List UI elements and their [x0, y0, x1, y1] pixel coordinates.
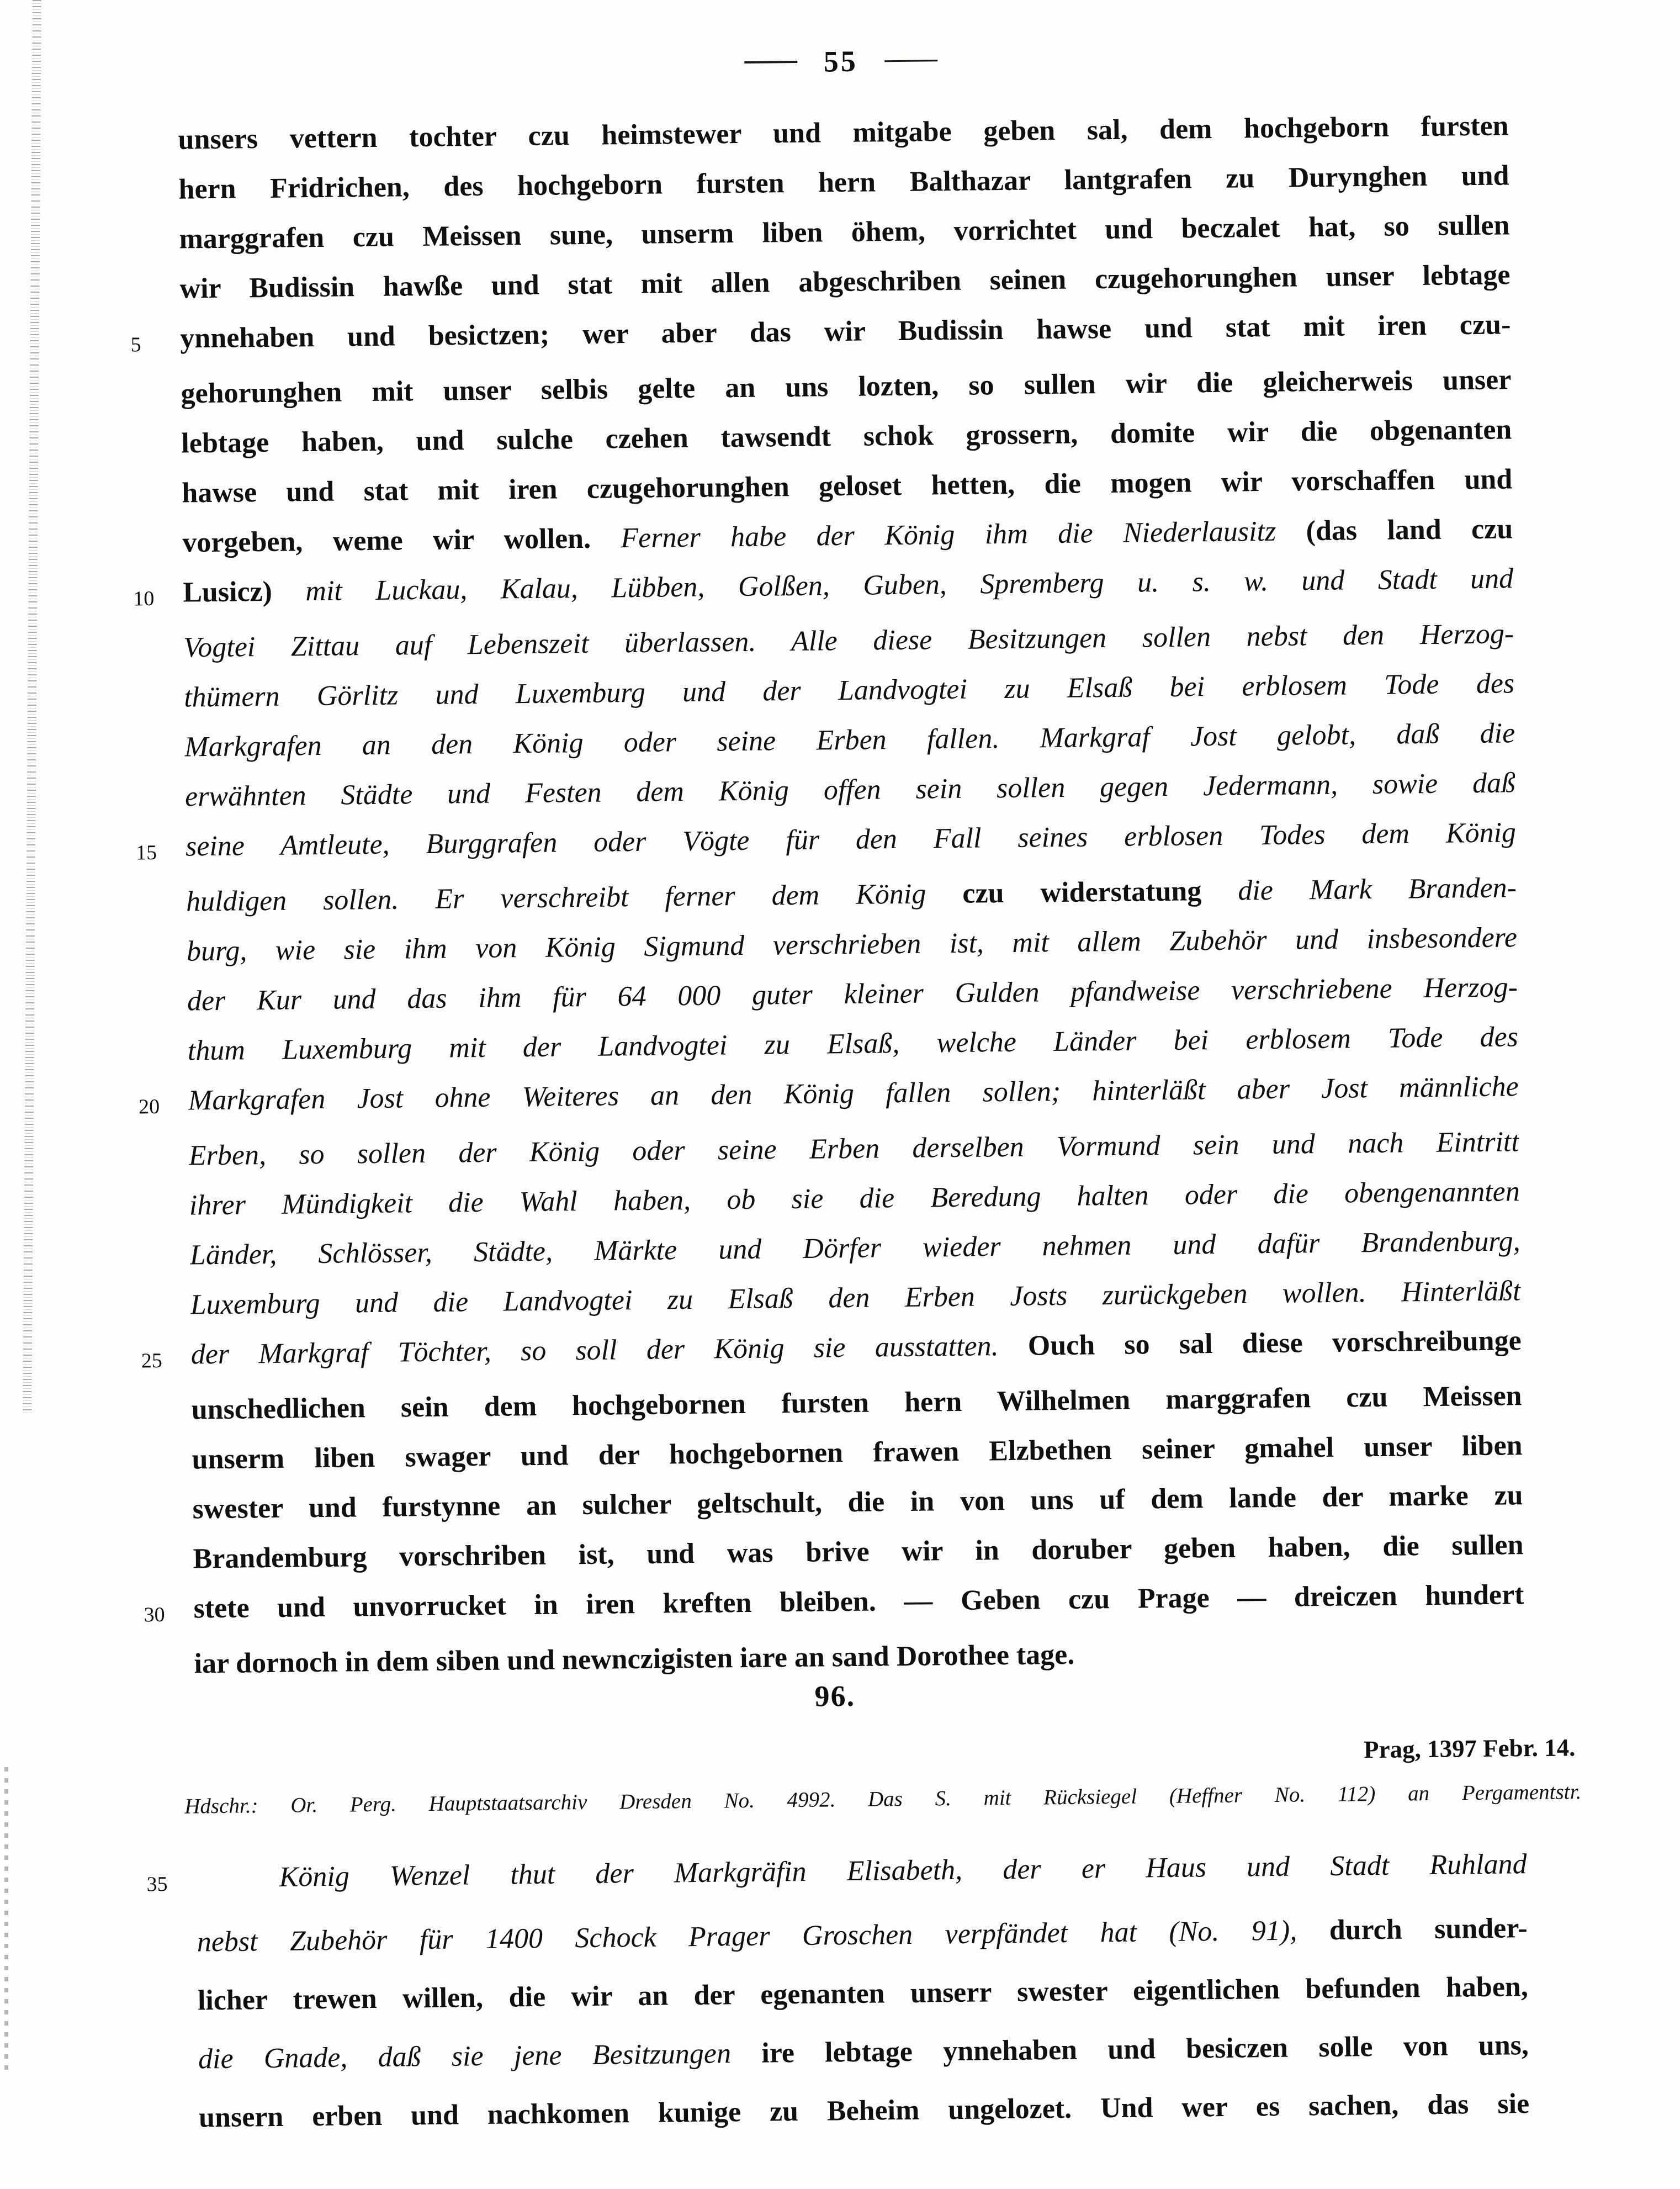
line-number: 30 — [144, 1584, 194, 1640]
line-number — [142, 1435, 192, 1485]
text-segment: swester und furstynne an sulcher geltsch… — [192, 1479, 1523, 1525]
text-segment: unsern erben und nachkomen kunige zu Beh… — [199, 2088, 1529, 2133]
line-number — [136, 877, 187, 928]
text-segment: hawse und stat mit iren czugehorunghen g… — [182, 463, 1512, 509]
text-segment: König Wenzel thut der Markgräfin Elisabe… — [279, 1848, 1527, 1893]
line-number: 15 — [136, 822, 186, 878]
line-number — [143, 1534, 193, 1584]
line-number — [149, 2030, 199, 2089]
binding-shadow — [23, 0, 41, 1414]
line-number — [135, 773, 186, 823]
text-segment: nebst Zubehör für 1400 Schock Prager Gro… — [197, 1915, 1329, 1958]
text-segment: thum Luxemburg mit der Landvogtei zu Els… — [188, 1021, 1518, 1066]
page-number: 55 — [823, 44, 858, 79]
text-segment: marggrafen czu Meissen sune, unserm libe… — [179, 209, 1509, 255]
line-number — [137, 977, 188, 1027]
text-segment: vorgeben, weme wir wollen. — [182, 522, 621, 558]
page-header: 55 — [1, 35, 1680, 87]
line-number — [140, 1281, 190, 1331]
text-segment: Markgrafen an den König oder seine Erben… — [184, 717, 1515, 763]
line-number — [149, 2088, 199, 2148]
line-number — [139, 1181, 189, 1231]
text-segment: ihrer Mündigkeit die Wahl haben, ob sie … — [189, 1176, 1520, 1221]
text-segment: seine Amtleute, Burggrafen oder Vögte fü… — [186, 817, 1516, 862]
text-segment: der Markgraf Töchter, so soll der König … — [190, 1330, 1028, 1371]
line-number — [141, 1386, 192, 1436]
entry-source-note: Hdschr.: Or. Perg. Hauptstaatsarchiv Dre… — [184, 1779, 1581, 1818]
line-number — [130, 265, 180, 315]
line-number — [129, 215, 179, 265]
line-number — [144, 1639, 194, 1689]
entry-date: Prag, 1397 Febr. 14. — [145, 1733, 1575, 1776]
text-segment: Lusicz) — [183, 575, 306, 608]
text-segment: durch sunder- — [1329, 1912, 1528, 1946]
text-segment: lebtage haben, und sulche czehen tawsend… — [181, 414, 1512, 459]
text-segment: Erben, so sollen der König oder seine Er… — [189, 1126, 1519, 1171]
text-segment: iar dornoch in dem siben und newnczigist… — [194, 1639, 1074, 1680]
text-segment: (das land czu — [1306, 513, 1513, 547]
text-segment: erwähnten Städte und Festen dem König of… — [185, 767, 1515, 812]
text-segment: Vogtei Zittau auf Lebenszeit überlassen.… — [183, 618, 1514, 663]
text-segment: unschedlichen sein dem hochgebornen furs… — [191, 1380, 1522, 1425]
line-number: 20 — [138, 1076, 188, 1132]
line-number — [129, 165, 179, 215]
text-segment: Ouch so sal diese vorschreibunge — [1028, 1325, 1522, 1361]
charter-text-paragraph: unsers vettern tochter czu heimstewer un… — [128, 101, 1525, 1689]
line-number — [140, 1231, 190, 1281]
text-segment: hern Fridrichen, des hochgeborn fursten … — [178, 160, 1509, 205]
text-segment: ire lebtage ynnehaben und besiczen solle… — [761, 2029, 1529, 2069]
line-number — [134, 623, 184, 674]
text-segment: die Gnade, daß sie jene Besitzungen — [198, 2038, 762, 2075]
line-number — [133, 519, 183, 569]
header-dash-right — [884, 60, 937, 62]
line-number — [131, 419, 182, 469]
line-number: 35 — [146, 1849, 197, 1913]
line-number: 10 — [133, 568, 183, 624]
line-number — [135, 723, 185, 773]
text-segment: huldigen sollen. Er verschreibt ferner d… — [186, 878, 963, 918]
text-segment: unserm liben swager und der hochgebornen… — [192, 1430, 1522, 1475]
line-number — [132, 469, 182, 519]
line-number: 5 — [130, 314, 181, 370]
text-segment: gehorunghen mit unser selbis gelte an un… — [181, 364, 1511, 409]
text-segment: burg, wie sie ihm von König Sigmund vers… — [187, 922, 1517, 967]
header-dash-left — [744, 61, 797, 64]
line-number — [139, 1131, 189, 1182]
binding-shadow-lower — [4, 1767, 8, 2076]
line-number — [147, 1971, 198, 2031]
line-number: 25 — [141, 1330, 191, 1386]
text-segment: stete und unvorrucket in iren kreften bl… — [193, 1579, 1524, 1624]
text-segment: die Mark Branden- — [1238, 872, 1517, 906]
text-segment: wir Budissin hawße und stat mit allen ab… — [179, 259, 1510, 304]
text-segment: mit Luckau, Kalau, Lübben, Golßen, Guben… — [305, 563, 1513, 607]
text-segment: Markgrafen Jost ohne Weiteres an den Kön… — [188, 1071, 1519, 1116]
text-segment: czu widerstatung — [962, 875, 1238, 910]
regest-paragraph: 35König Wenzel thut der Markgräfin Elisa… — [146, 1835, 1530, 2148]
text-segment: Brandemburg vorschriben ist, und was bri… — [193, 1529, 1523, 1574]
text-segment: Länder, Schlösser, Städte, Märkte und Dö… — [190, 1225, 1520, 1271]
text-segment: der Kur und das ihm für 64 000 guter kle… — [187, 971, 1518, 1017]
line-number — [142, 1485, 193, 1535]
line-number — [131, 369, 181, 420]
text-segment: Ferner habe der König ihm die Niederlaus… — [621, 515, 1306, 554]
book-page: 55 unsers vettern tochter czu heimstewer… — [0, 0, 1680, 2189]
text-segment: Luxemburg und die Landvogtei zu Elsaß de… — [190, 1275, 1520, 1320]
text-segment: licher trewen willen, die wir an der ege… — [198, 1971, 1528, 2016]
text-segment: ynnehaben und besictzen; wer aber das wi… — [180, 309, 1511, 354]
line-number — [137, 1027, 188, 1077]
text-segment: unsers vettern tochter czu heimstewer un… — [178, 110, 1508, 155]
line-number — [128, 115, 178, 166]
line-number — [134, 673, 184, 723]
line-number — [137, 927, 187, 977]
line-number — [147, 1913, 197, 1972]
text-segment: thümern Görlitz und Luxemburg und der La… — [184, 668, 1514, 713]
